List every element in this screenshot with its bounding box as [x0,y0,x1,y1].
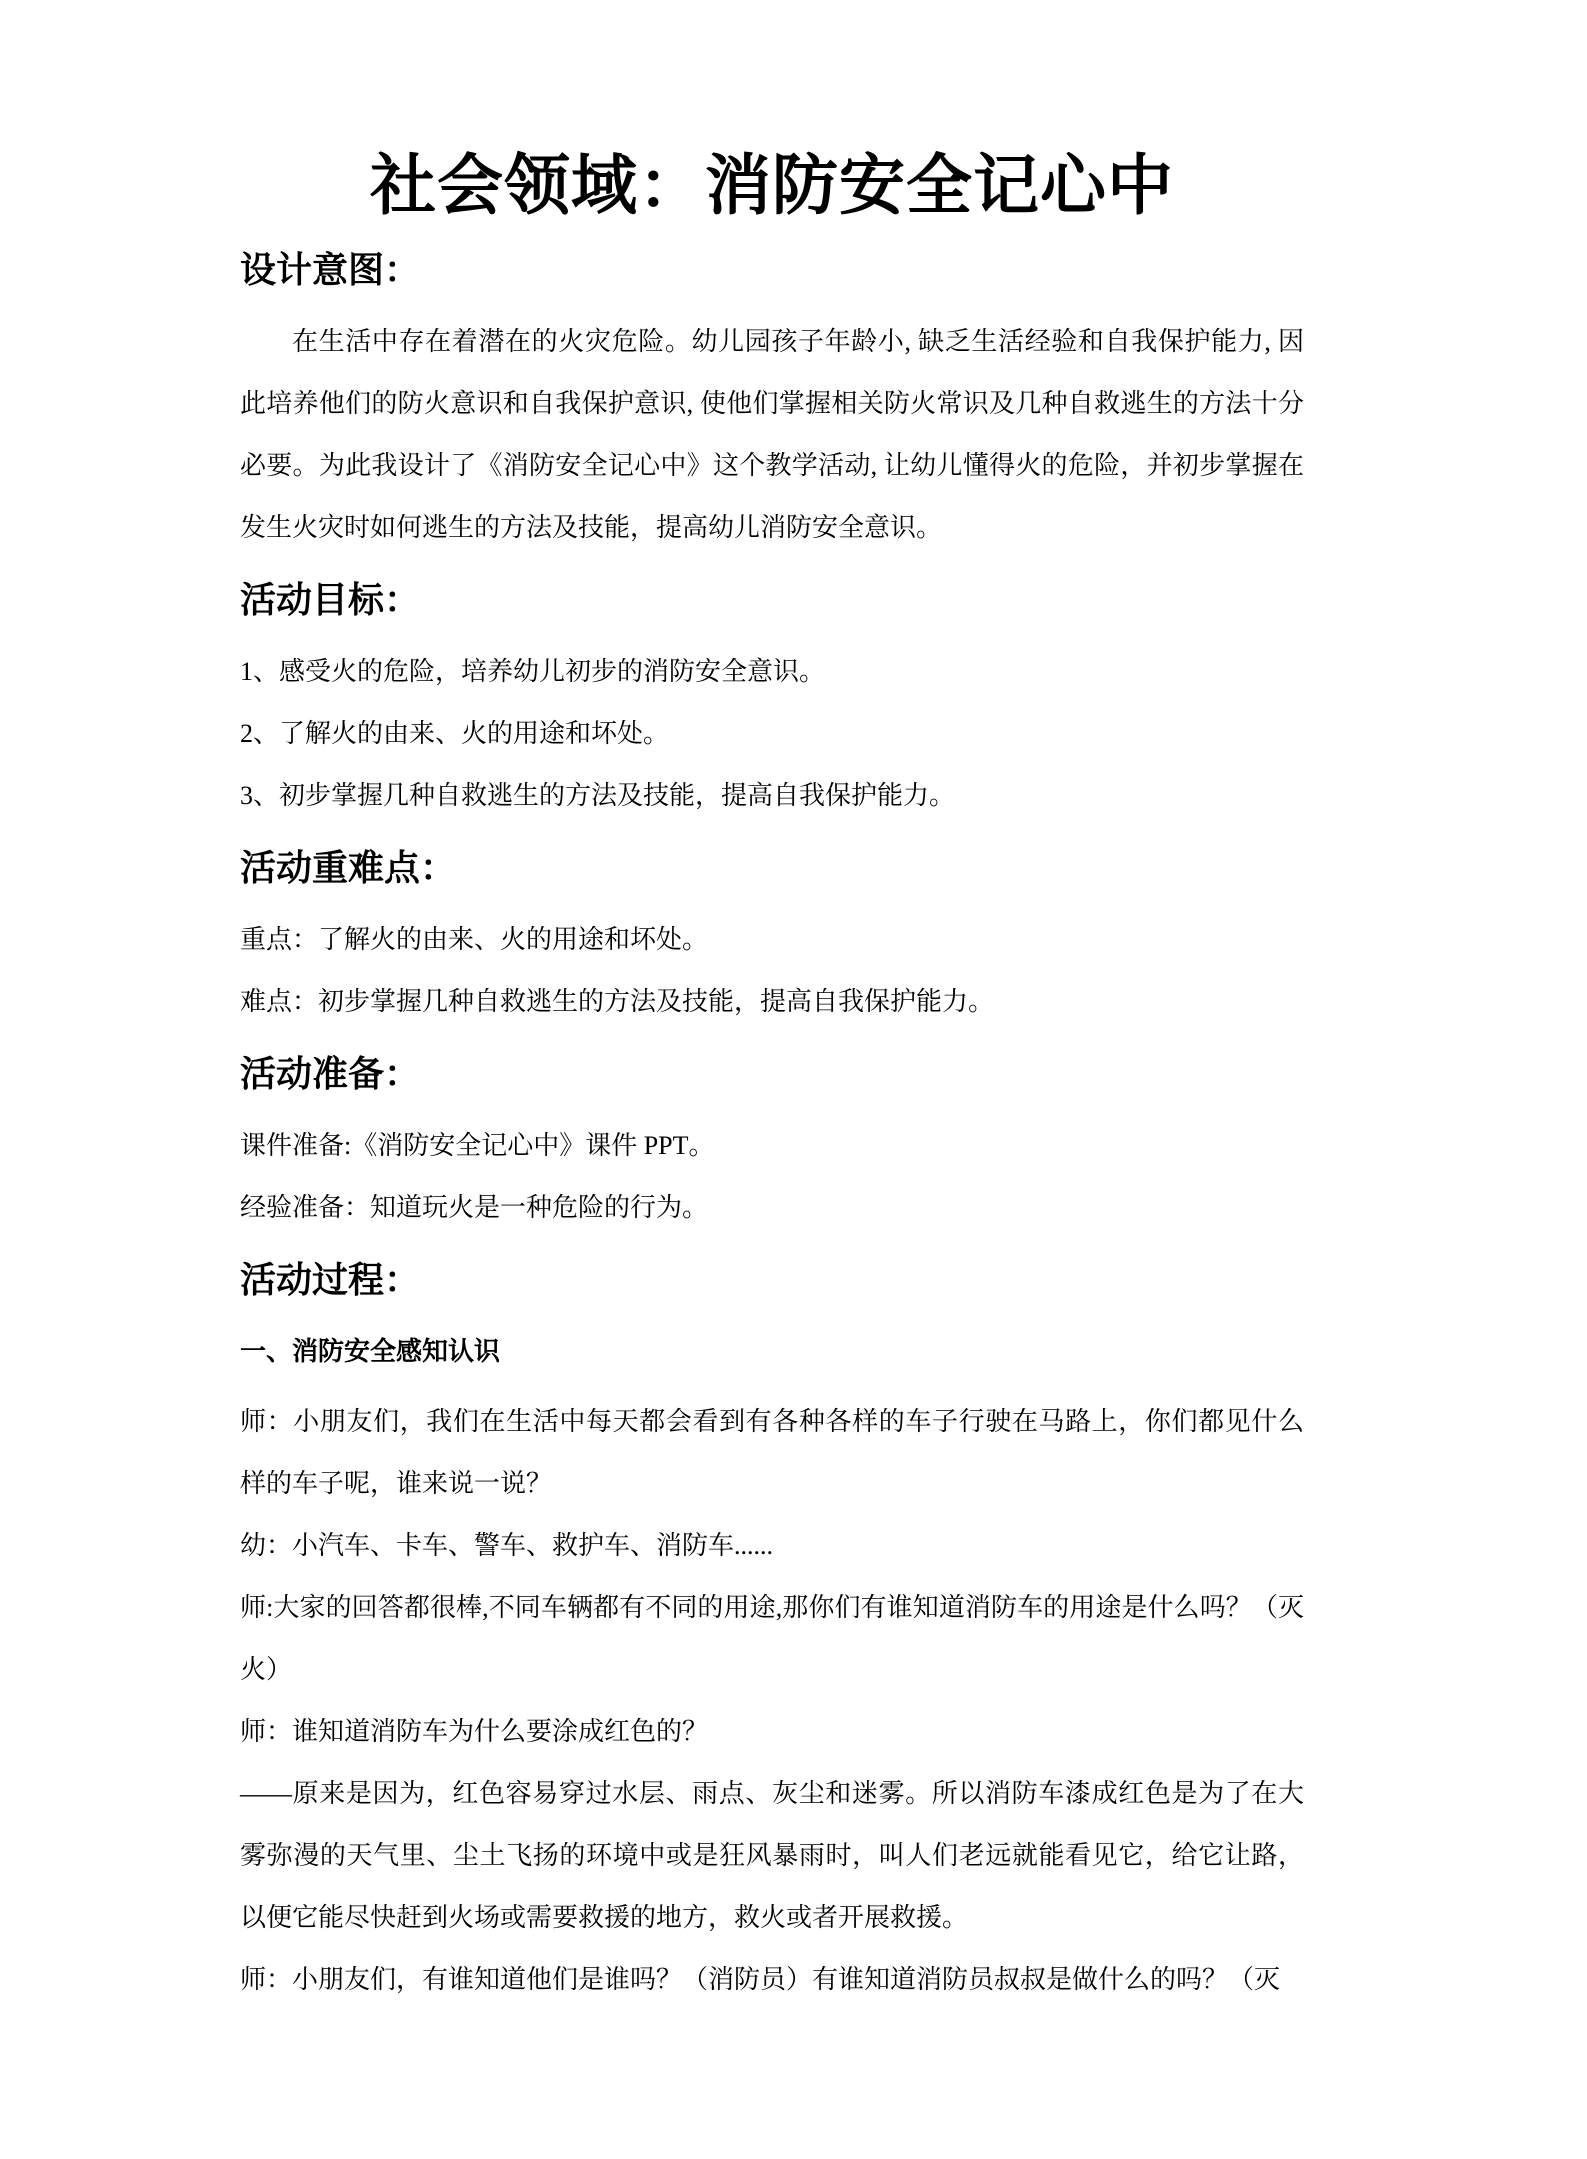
document-page: 社会领域：消防安全记心中 设计意图： 在生活中存在着潜在的火灾危险。幼儿园孩子年… [0,0,1587,2159]
heading-design-intent: 设计意图： [240,239,1304,301]
heading-activity-process: 活动过程： [240,1249,1304,1311]
paragraph-red-color-explanation: ——原来是因为，红色容易穿过水层、雨点、灰尘和迷雾。所以消防车漆成红色是为了在大… [240,1763,1304,1949]
list-item-goal-3: 3、初步掌握几种自救逃生的方法及技能，提高自我保护能力。 [240,765,1304,827]
paragraph-teacher-question-fire-truck-use: 师:大家的回答都很棒,不同车辆都有不同的用途,那你们有谁知道消防车的用途是什么吗… [240,1577,1304,1701]
paragraph-children-answer-vehicles: 幼：小汽车、卡车、警车、救护车、消防车...... [240,1515,1304,1577]
paragraph-difficult-point: 难点：初步掌握几种自救逃生的方法及技能，提高自我保护能力。 [240,971,1304,1033]
paragraph-teacher-question-red-color: 师：谁知道消防车为什么要涂成红色的？ [240,1701,1304,1763]
document-title: 社会领域：消防安全记心中 [240,145,1304,229]
paragraph-teacher-question-firefighters: 师：小朋友们，有谁知道他们是谁吗？（消防员）有谁知道消防员叔叔是做什么的吗？（灭 [240,1949,1304,2011]
heading-activity-goals: 活动目标： [240,569,1304,631]
paragraph-teacher-question-vehicles: 师：小朋友们，我们在生活中每天都会看到有各种各样的车子行驶在马路上，你们都见什么… [240,1391,1304,1515]
list-item-goal-1: 1、感受火的危险，培养幼儿初步的消防安全意识。 [240,641,1304,703]
paragraph-courseware-preparation: 课件准备:《消防安全记心中》课件 PPT。 [240,1115,1304,1177]
paragraph-experience-preparation: 经验准备：知道玩火是一种危险的行为。 [240,1177,1304,1239]
paragraph-key-point: 重点：了解火的由来、火的用途和坏处。 [240,909,1304,971]
subheading-fire-safety-perception: 一、消防安全感知认识 [240,1321,1304,1383]
heading-activity-preparation: 活动准备： [240,1043,1304,1105]
list-item-goal-2: 2、了解火的由来、火的用途和坏处。 [240,703,1304,765]
paragraph-design-intent: 在生活中存在着潜在的火灾危险。幼儿园孩子年龄小, 缺乏生活经验和自我保护能力, … [240,311,1304,559]
heading-key-difficult-points: 活动重难点： [240,837,1304,899]
